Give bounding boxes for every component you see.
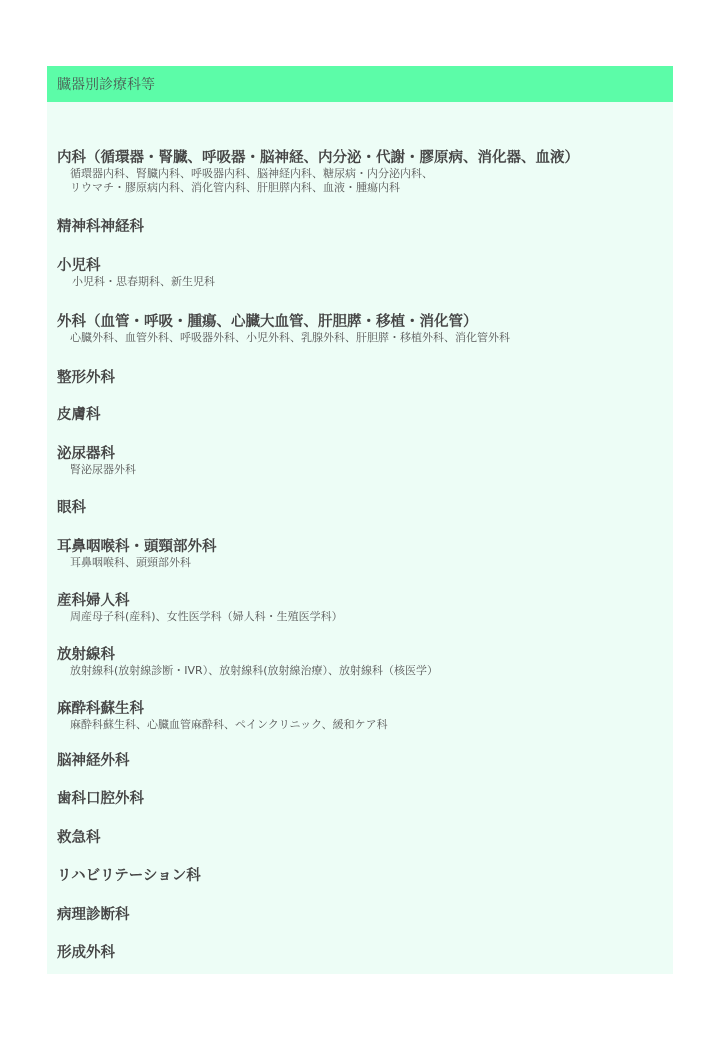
department-name: 耳鼻咽喉科・頭頸部外科	[57, 538, 217, 556]
department-surgery: 外科（血管・呼吸・腫瘍、心臓大血管、肝胆膵・移植・消化管） 心臓外科、血管外科、…	[57, 313, 510, 345]
department-ophthalmology: 眼科	[57, 499, 86, 517]
department-name: 小児科	[57, 257, 215, 275]
department-obstetrics-gynecology: 産科婦人科 周産母子科(産科)、女性医学科（婦人科・生殖医学科）	[57, 592, 343, 624]
department-name: 皮膚科	[57, 406, 101, 424]
department-orthopedics: 整形外科	[57, 369, 115, 387]
department-subspecialties: 腎泌尿器外科	[57, 463, 136, 477]
department-emergency: 救急科	[57, 829, 101, 847]
department-neurosurgery: 脳神経外科	[57, 752, 130, 770]
department-subspecialties: リウマチ・膠原病内科、消化管内科、肝胆膵内科、血液・腫瘍内科	[57, 181, 579, 195]
department-anesthesiology: 麻酔科蘇生科 麻酔科蘇生科、心臓血管麻酔科、ペインクリニック、緩和ケア科	[57, 700, 388, 732]
department-panel: 臓器別診療科等 内科（循環器・腎臓、呼吸器・脳神経、内分泌・代謝・膠原病、消化器…	[47, 66, 673, 974]
department-name: 産科婦人科	[57, 592, 343, 610]
department-name: 歯科口腔外科	[57, 790, 144, 808]
panel-title: 臓器別診療科等	[57, 74, 155, 94]
department-name: 整形外科	[57, 369, 115, 387]
department-name: リハビリテーション科	[57, 867, 201, 885]
department-pediatrics: 小児科 小児科・思春期科、新生児科	[57, 257, 215, 289]
department-plastic-surgery: 形成外科	[57, 944, 115, 962]
department-psychiatry: 精神科神経科	[57, 218, 144, 236]
department-radiology: 放射線科 放射線科(放射線診断・IVR）、放射線科(放射線治療）、放射線科（核医…	[57, 646, 438, 678]
department-subspecialties: 耳鼻咽喉科、頭頸部外科	[57, 556, 217, 570]
department-pathology: 病理診断科	[57, 906, 130, 924]
department-internal-medicine: 内科（循環器・腎臓、呼吸器・脳神経、内分泌・代謝・膠原病、消化器、血液） 循環器…	[57, 149, 579, 195]
department-name: 内科（循環器・腎臓、呼吸器・脳神経、内分泌・代謝・膠原病、消化器、血液）	[57, 149, 579, 167]
department-rehabilitation: リハビリテーション科	[57, 867, 201, 885]
department-dermatology: 皮膚科	[57, 406, 101, 424]
department-subspecialties: 心臓外科、血管外科、呼吸器外科、小児外科、乳腺外科、肝胆膵・移植外科、消化管外科	[57, 331, 510, 345]
department-name: 放射線科	[57, 646, 438, 664]
department-urology: 泌尿器科 腎泌尿器外科	[57, 445, 136, 477]
department-subspecialties: 周産母子科(産科)、女性医学科（婦人科・生殖医学科）	[57, 610, 343, 624]
department-subspecialties: 放射線科(放射線診断・IVR）、放射線科(放射線治療）、放射線科（核医学）	[57, 664, 438, 678]
department-name: 眼科	[57, 499, 86, 517]
department-name: 泌尿器科	[57, 445, 136, 463]
department-name: 救急科	[57, 829, 101, 847]
department-name: 病理診断科	[57, 906, 130, 924]
department-name: 精神科神経科	[57, 218, 144, 236]
department-name: 外科（血管・呼吸・腫瘍、心臓大血管、肝胆膵・移植・消化管）	[57, 313, 510, 331]
department-name: 脳神経外科	[57, 752, 130, 770]
department-subspecialties: 麻酔科蘇生科、心臓血管麻酔科、ペインクリニック、緩和ケア科	[57, 718, 388, 732]
panel-header: 臓器別診療科等	[47, 66, 673, 102]
department-oral-surgery: 歯科口腔外科	[57, 790, 144, 808]
department-otolaryngology: 耳鼻咽喉科・頭頸部外科 耳鼻咽喉科、頭頸部外科	[57, 538, 217, 570]
department-name: 形成外科	[57, 944, 115, 962]
department-name: 麻酔科蘇生科	[57, 700, 388, 718]
department-subspecialties: 循環器内科、腎臓内科、呼吸器内科、脳神経内科、糖尿病・内分泌内科、	[57, 167, 579, 181]
department-subspecialties: 小児科・思春期科、新生児科	[57, 275, 215, 289]
